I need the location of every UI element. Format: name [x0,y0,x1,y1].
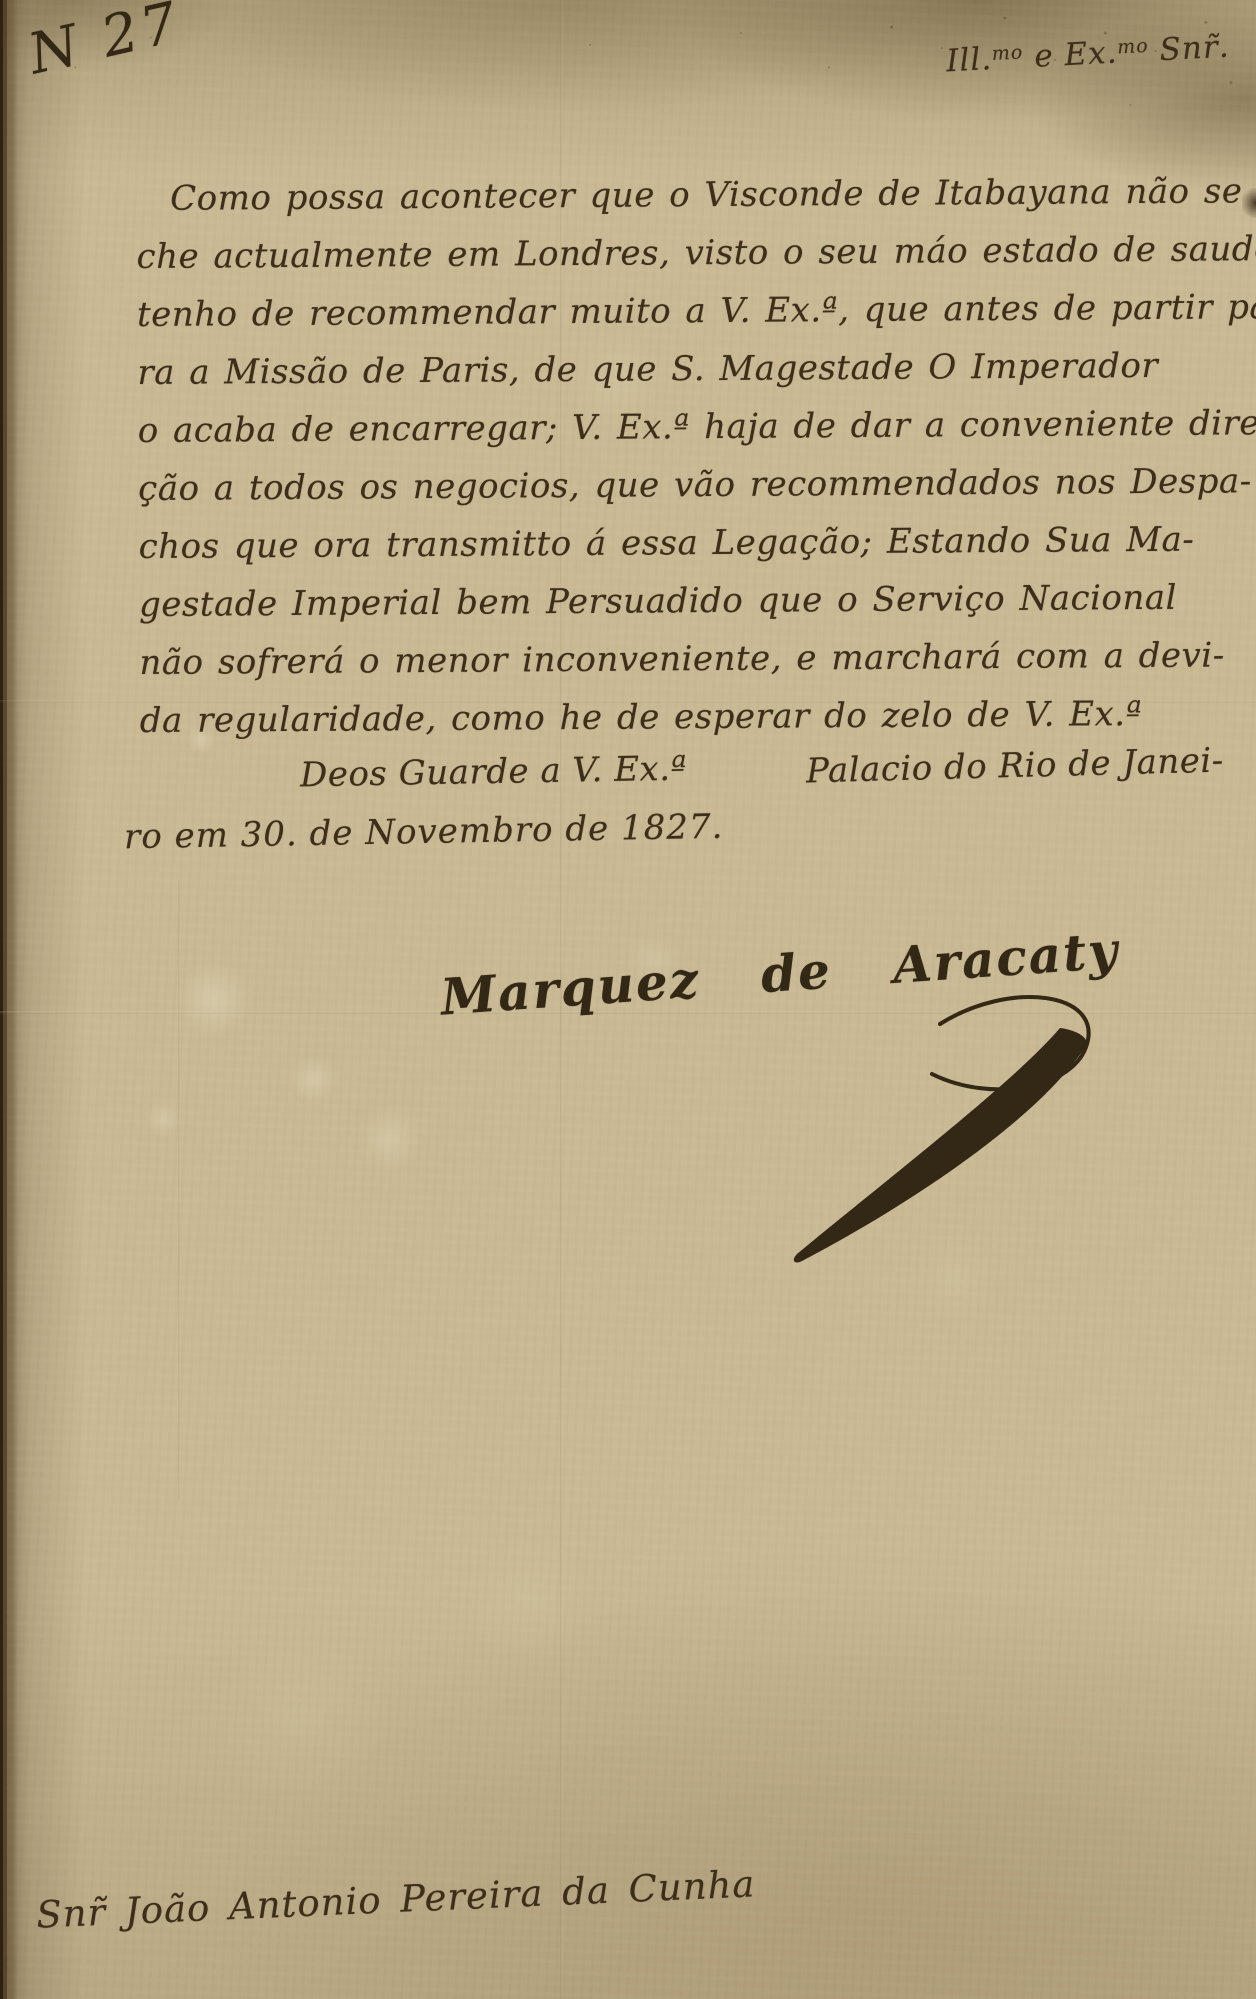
salutation-superscript: mo [1117,35,1150,59]
salutation-superscript: mo [992,41,1025,65]
body-line: che actualmente em Londres, visto o seu … [136,220,1256,286]
salutation-part: e Ex. [1023,34,1119,75]
body-line: da regularidade, como he de esperar do z… [140,684,1256,750]
body-line: o acaba de encarregar; V. Ex.ª haja de d… [138,394,1256,460]
salutation-part: Ill. [946,41,994,79]
binding-edge [0,0,18,1999]
body-line: ra a Missão de Paris, de que S. Magestad… [137,336,1256,402]
body-line: gestade Imperial bem Persuadido que o Se… [139,568,1256,634]
body-line: tenho de recommendar muito a V. Ex.ª, qu… [137,278,1256,344]
signature-flourish [540,972,1120,1272]
top-foxing-speckles [0,0,1256,150]
letter-body: Como possa acontecer que o Visconde de I… [136,162,1256,750]
manuscript-page: N 27 Ill.mo e Ex.mo Snr̃. Como possa aco… [0,0,1256,1999]
body-line: ção a todos os negocios, que vão recomme… [138,452,1256,518]
fold-line-vertical-2 [178,880,181,1500]
body-line: Como possa acontecer que o Visconde de I… [136,162,1256,228]
body-line: não sofrerá o menor inconveniente, e mar… [139,626,1256,692]
salutation-part: Snr̃. [1148,29,1231,69]
valediction: Deos Guarde a V. Ex.ª [300,749,688,796]
body-line: chos que ora transmitto á essa Legação; … [138,510,1256,576]
